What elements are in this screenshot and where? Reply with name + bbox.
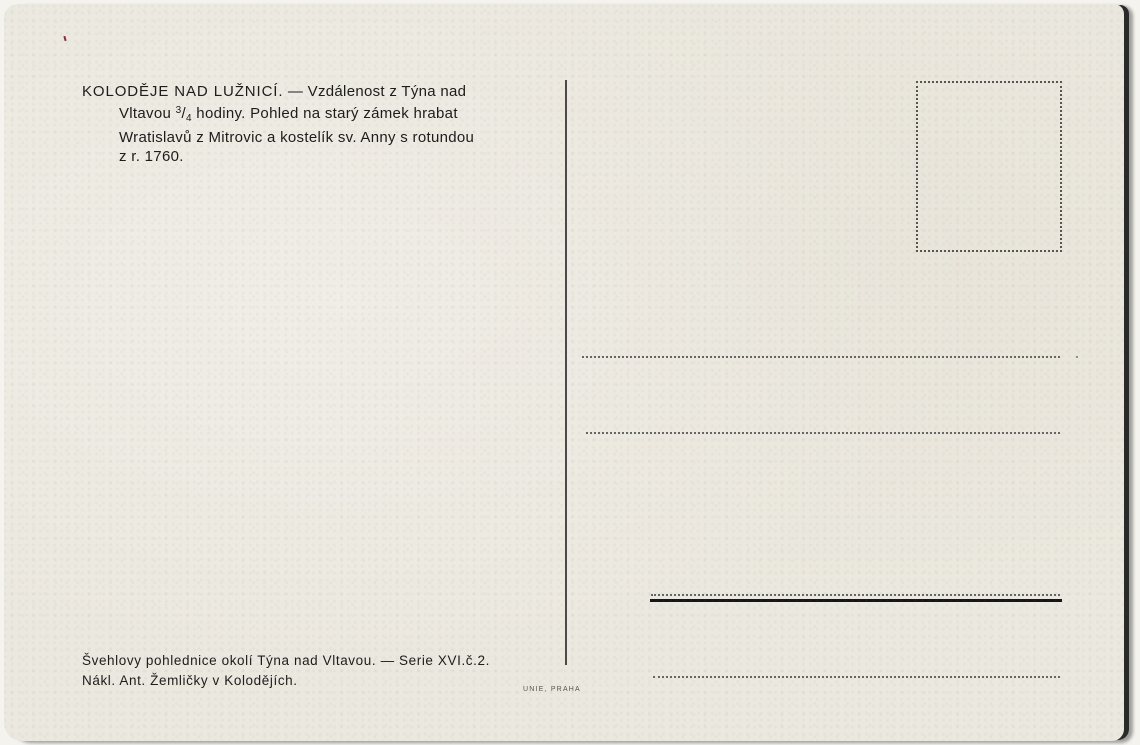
stamp-placeholder-box [916, 81, 1062, 252]
address-line-2 [586, 432, 1060, 434]
publisher-line: Nákl. Ant. Žemličky v Kolodějích. [82, 671, 490, 691]
stray-dot [1076, 356, 1078, 358]
address-line-3-underline [650, 599, 1062, 602]
address-line-4 [653, 676, 1060, 678]
caption-line-3: Wratislavů z Mitrovic a kostelík sv. Ann… [82, 128, 532, 147]
caption-line-1: KOLODĚJE NAD LUŽNICÍ. — Vzdálenost z Týn… [82, 82, 532, 101]
caption-line1-text: — Vzdálenost z Týna nad [283, 83, 466, 100]
ink-mark [63, 36, 66, 41]
caption-title: KOLODĚJE NAD LUŽNICÍ. [82, 83, 283, 100]
publisher-footer: Švehlovy pohlednice okolí Týna nad Vltav… [82, 651, 490, 691]
caption-line2-start: Vltavou [119, 105, 176, 122]
address-line-3 [651, 594, 1060, 596]
caption-line-4: z r. 1760. [82, 147, 532, 166]
series-line: Švehlovy pohlednice okolí Týna nad Vltav… [82, 651, 490, 671]
caption-line-2: Vltavou 3/4 hodiny. Pohled na starý záme… [82, 101, 532, 128]
postcard-caption: KOLODĚJE NAD LUŽNICÍ. — Vzdálenost z Týn… [82, 82, 532, 166]
postcard: KOLODĚJE NAD LUŽNICÍ. — Vzdálenost z Týn… [4, 4, 1124, 741]
address-line-1 [582, 356, 1060, 358]
center-divider [565, 80, 567, 665]
printer-mark: UNIE, PRAHA [523, 686, 581, 693]
caption-line2-end: hodiny. Pohled na starý zámek hrabat [192, 105, 458, 122]
